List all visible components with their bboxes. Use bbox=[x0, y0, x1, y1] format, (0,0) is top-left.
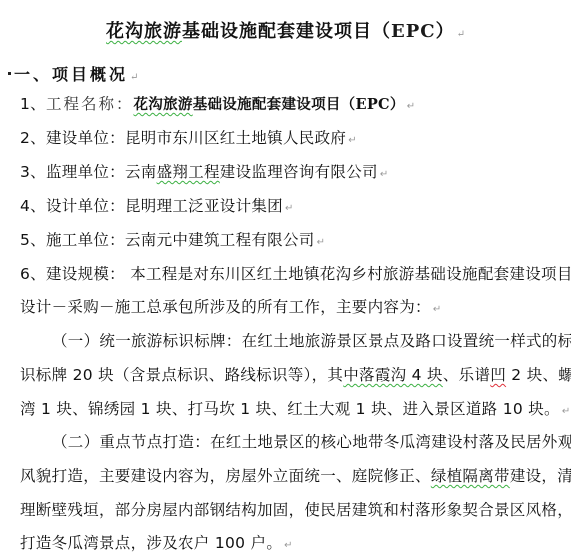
document-page: 花沟旅游基础设施配套建设项目（EPC）↵ 一、项目概况↵ 1、工程名称：花沟旅游… bbox=[0, 0, 571, 560]
item-number: 1、 bbox=[20, 95, 46, 113]
paragraph-mark-icon: ↵ bbox=[457, 29, 465, 40]
paragraph-text: 湾 1 块、锦绣园 1 块、打马坎 1 块、红土大观 1 块、进入景区道路 10… bbox=[20, 400, 560, 418]
paragraph-text: （二）重点节点打造：在红土地景区的核心地带冬瓜湾建设村落及民居外观 bbox=[52, 433, 571, 451]
list-item-project-name: 1、工程名称：花沟旅游基础设施配套建设项目（EPC）↵ bbox=[20, 94, 550, 117]
item-number: 6、 bbox=[20, 265, 46, 283]
item-value: 昆明理工泛亚设计集团 bbox=[125, 197, 283, 215]
paragraph-mark-icon: ↵ bbox=[130, 72, 138, 83]
bullet-icon bbox=[8, 72, 11, 75]
item-value: 基础设施配套建设项目（EPC） bbox=[193, 96, 405, 113]
item-value: 建设监理咨询有限公司 bbox=[220, 163, 378, 181]
item-label: 施工单位： bbox=[46, 231, 125, 249]
grammar-flagged-text: 绿植隔离带 bbox=[431, 467, 510, 485]
item-value-underlined: 盛翔工程 bbox=[157, 163, 220, 181]
item-label: 设计单位： bbox=[46, 197, 125, 215]
paragraph-mark-icon: ↵ bbox=[284, 540, 292, 551]
item-number: 2、 bbox=[20, 129, 46, 147]
item-value: 昆明市东川区红土地镇人民政府 bbox=[125, 129, 346, 147]
list-item-scale: 6、建设规模： 本工程是对东川区红土地镇花沟乡村旅游基础设施配套建设项目 bbox=[20, 264, 550, 284]
document-title: 花沟旅游基础设施配套建设项目（EPC）↵ bbox=[0, 17, 571, 43]
paragraph-text: 风貌打造，主要建设内容为，房屋外立面统一、庭院修正、 bbox=[20, 467, 431, 485]
paragraph-mark-icon: ↵ bbox=[317, 237, 325, 248]
item-value-underlined: 花沟旅游 bbox=[133, 96, 192, 113]
item-value: 本工程是对东川区红土地镇花沟乡村旅游基础设施配套建设项目 bbox=[125, 265, 571, 283]
paragraph-text: 2 块、螺蛳 bbox=[506, 366, 571, 384]
paragraph-text: （一）统一旅游标识标牌：在红土地旅游景区景点及路口设置统一样式的标 bbox=[52, 332, 571, 350]
sub-item-signage-line3: 湾 1 块、锦绣园 1 块、打马坎 1 块、红土大观 1 块、进入景区道路 10… bbox=[20, 399, 550, 422]
item-label: 建设规模： bbox=[46, 265, 125, 283]
sub-item-key-nodes-line3: 理断壁残垣，部分房屋内部钢结构加固，使民居建筑和村落形象契合景区风格， bbox=[20, 500, 550, 520]
paragraph-mark-icon: ↵ bbox=[348, 135, 356, 146]
item-value: 设计－采购－施工总承包所涉及的所有工作，主要内容为： bbox=[20, 298, 431, 316]
sub-item-signage-line2: 识标牌 20 块（含景点标识、路线标识等），其中落霞沟 4 块、乐谱凹 2 块、… bbox=[20, 365, 550, 385]
paragraph-mark-icon: ↵ bbox=[407, 101, 415, 112]
paragraph-text: 、乐谱 bbox=[443, 366, 490, 384]
title-main-text: 基础设施配套建设项目（ bbox=[182, 21, 391, 42]
sub-item-signage: （一）统一旅游标识标牌：在红土地旅游景区景点及路口设置统一样式的标 bbox=[20, 331, 571, 351]
paragraph-mark-icon: ↵ bbox=[562, 406, 570, 417]
list-item-owner: 2、建设单位：昆明市东川区红土地镇人民政府↵ bbox=[20, 128, 550, 151]
item-value: 云南元中建筑工程有限公司 bbox=[125, 231, 315, 249]
item-number: 4、 bbox=[20, 197, 46, 215]
section-heading-text: 一、项目概况 bbox=[14, 65, 128, 84]
paragraph-mark-icon: ↵ bbox=[285, 203, 293, 214]
item-label: 监理单位： bbox=[46, 163, 125, 181]
section-heading: 一、项目概况↵ bbox=[8, 62, 138, 85]
spelling-flagged-text: 凹 bbox=[490, 366, 506, 384]
paragraph-text: 建设，清 bbox=[510, 467, 571, 485]
paragraph-text: 识标牌 20 块（含景点标识、路线标识等），其 bbox=[20, 366, 343, 384]
sub-item-key-nodes-line4: 打造冬瓜湾景点，涉及农户 100 户。↵ bbox=[20, 533, 550, 556]
sub-item-key-nodes-line2: 风貌打造，主要建设内容为，房屋外立面统一、庭院修正、绿植隔离带建设，清 bbox=[20, 466, 550, 486]
title-underlined-text: 花沟旅游 bbox=[106, 21, 182, 42]
title-suffix: ） bbox=[436, 21, 455, 42]
title-epc: EPC bbox=[391, 21, 436, 42]
list-item-scale-continued: 设计－采购－施工总承包所涉及的所有工作，主要内容为：↵ bbox=[20, 297, 550, 320]
grammar-flagged-text: 中落霞沟 4 块 bbox=[343, 366, 443, 384]
paragraph-text: 打造冬瓜湾景点，涉及农户 100 户。 bbox=[20, 534, 282, 552]
item-label: 建设单位： bbox=[46, 129, 125, 147]
paragraph-mark-icon: ↵ bbox=[433, 304, 441, 315]
list-item-contractor: 5、施工单位：云南元中建筑工程有限公司↵ bbox=[20, 230, 550, 253]
list-item-designer: 4、设计单位：昆明理工泛亚设计集团↵ bbox=[20, 196, 550, 219]
list-item-supervisor: 3、监理单位：云南盛翔工程建设监理咨询有限公司↵ bbox=[20, 162, 550, 185]
paragraph-text: 理断壁残垣，部分房屋内部钢结构加固，使民居建筑和村落形象契合景区风格， bbox=[20, 501, 571, 519]
item-number: 5、 bbox=[20, 231, 46, 249]
item-value: 云南 bbox=[125, 163, 157, 181]
item-label: 工程名称： bbox=[46, 95, 134, 113]
paragraph-mark-icon: ↵ bbox=[380, 169, 388, 180]
sub-item-key-nodes: （二）重点节点打造：在红土地景区的核心地带冬瓜湾建设村落及民居外观 bbox=[20, 432, 571, 452]
item-number: 3、 bbox=[20, 163, 46, 181]
